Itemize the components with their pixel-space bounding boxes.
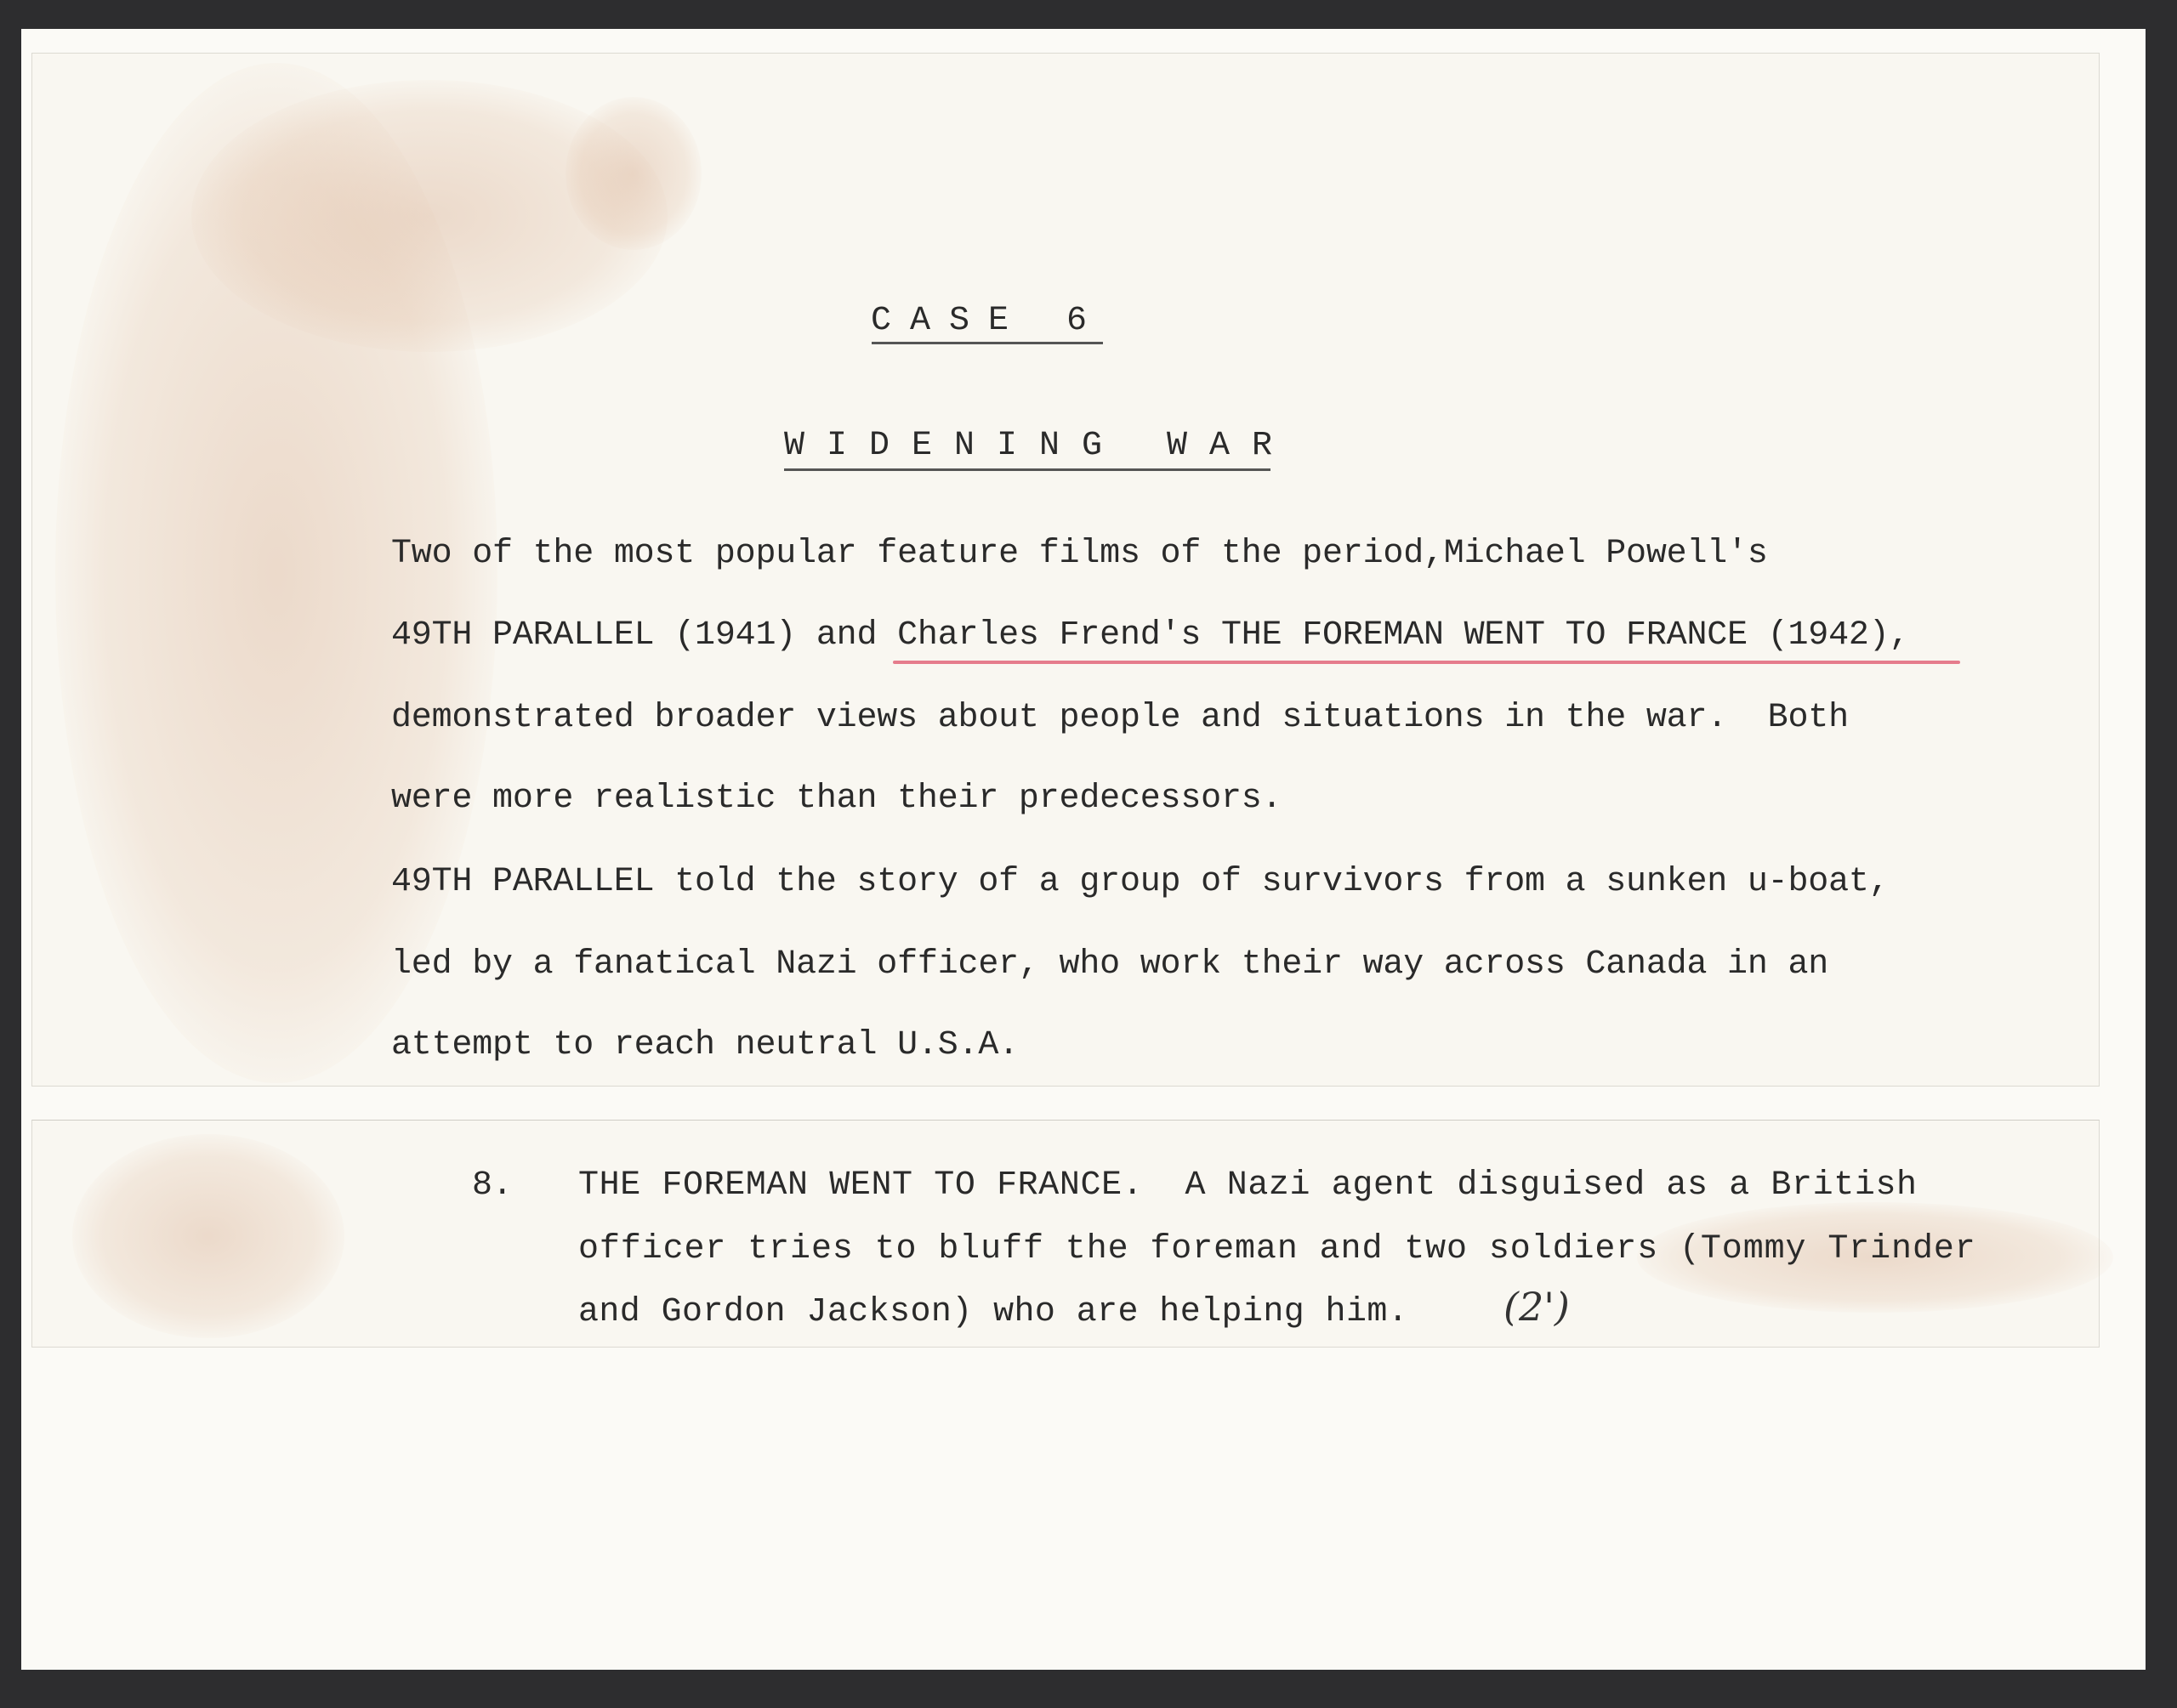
- item-number: 8.: [472, 1169, 513, 1203]
- item-line: officer tries to bluff the foreman and t…: [578, 1233, 1976, 1267]
- page-title-underline: [784, 468, 1270, 471]
- body-line: were more realistic than their predecess…: [391, 782, 1282, 816]
- case-heading-underline: [872, 342, 1103, 344]
- item-line: THE FOREMAN WENT TO FRANCE. A Nazi agent…: [578, 1169, 1918, 1203]
- body-line: 49TH PARALLEL (1941) and Charles Frend's…: [391, 619, 1909, 653]
- body-line: attempt to reach neutral U.S.A.: [391, 1029, 1019, 1063]
- red-pen-underline: [893, 661, 1960, 664]
- body-line: led by a fanatical Nazi officer, who wor…: [391, 948, 1828, 982]
- highlighted-phrase: Charles Frend's THE FOREMAN WENT TO FRAN…: [897, 616, 1909, 655]
- item-line: and Gordon Jackson) who are helping him.: [578, 1296, 1408, 1330]
- page-title: WIDENING WAR: [784, 429, 1294, 463]
- handwritten-note: (2'): [1503, 1284, 1570, 1330]
- body-line-text: 49TH PARALLEL (1941) and: [391, 616, 897, 655]
- body-line: demonstrated broader views about people …: [391, 701, 1849, 735]
- case-heading: CASE 6: [871, 304, 1106, 338]
- document-paper: [21, 29, 2146, 1670]
- body-line: 49TH PARALLEL told the story of a group …: [391, 865, 1890, 899]
- body-line: Two of the most popular feature films of…: [391, 537, 1768, 571]
